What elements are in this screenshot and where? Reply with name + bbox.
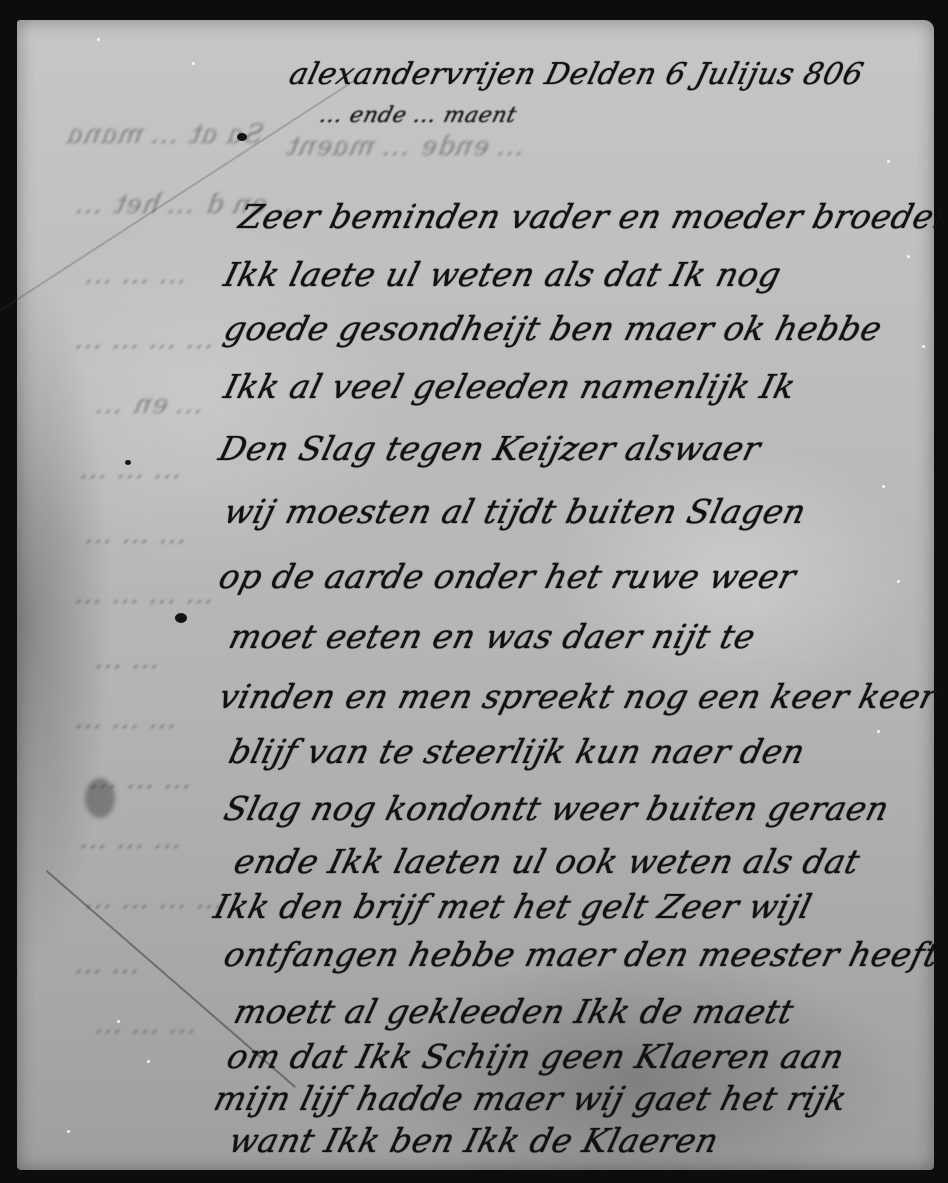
letter-line-14: ontfangen hebbe maer den meester heeft — [221, 938, 942, 971]
letter-line-2: Ikk laete ul weten als dat Ik nog — [221, 258, 785, 291]
letter-line-9: vinden en men spreekt nog een keer keer — [216, 680, 941, 713]
letter-line-8: moet eeten en was daer nijt te — [226, 620, 759, 653]
letter-line-3: goede gesondheijt ben maer ok hebbe — [221, 312, 886, 345]
letter-line-15: moett al gekleeden Ikk de maett — [231, 995, 797, 1028]
letter-heading-date: alexandervrijen Delden 6 Julijus 806 — [286, 60, 866, 90]
letter-line-7: op de aarde onder het ruwe weer — [216, 560, 800, 593]
letter-body: alexandervrijen Delden 6 Julijus 806 ...… — [0, 0, 948, 1183]
letter-line-5: Den Slag tegen Keijzer alswaer — [216, 432, 764, 465]
letter-line-1: Zeer beminden vader en moeder broeders — [236, 200, 948, 233]
letter-line-12: ende Ikk laeten ul ook weten als dat — [231, 845, 864, 878]
letter-line-16: om dat Ikk Schijn geen Klaeren aan — [224, 1040, 848, 1073]
letter-faint-line: ... ende ... maent — [317, 105, 519, 127]
letter-line-4: Ikk al veel geleeden namenlijk Ik — [221, 370, 799, 403]
letter-line-6: wij moesten al tijdt buiten Slagen — [221, 495, 810, 528]
letter-line-17: mijn lijf hadde maer wij gaet het rijk — [211, 1082, 851, 1115]
letter-line-10: blijf van te steerlijk kun naer den — [226, 735, 809, 768]
letter-line-11: Slag nog kondontt weer buiten geraen — [221, 792, 893, 825]
letter-line-13: Ikk den brijf met het gelt Zeer wijl — [211, 890, 815, 923]
letter-line-18: want Ikk ben Ikk de Klaeren — [226, 1124, 722, 1157]
